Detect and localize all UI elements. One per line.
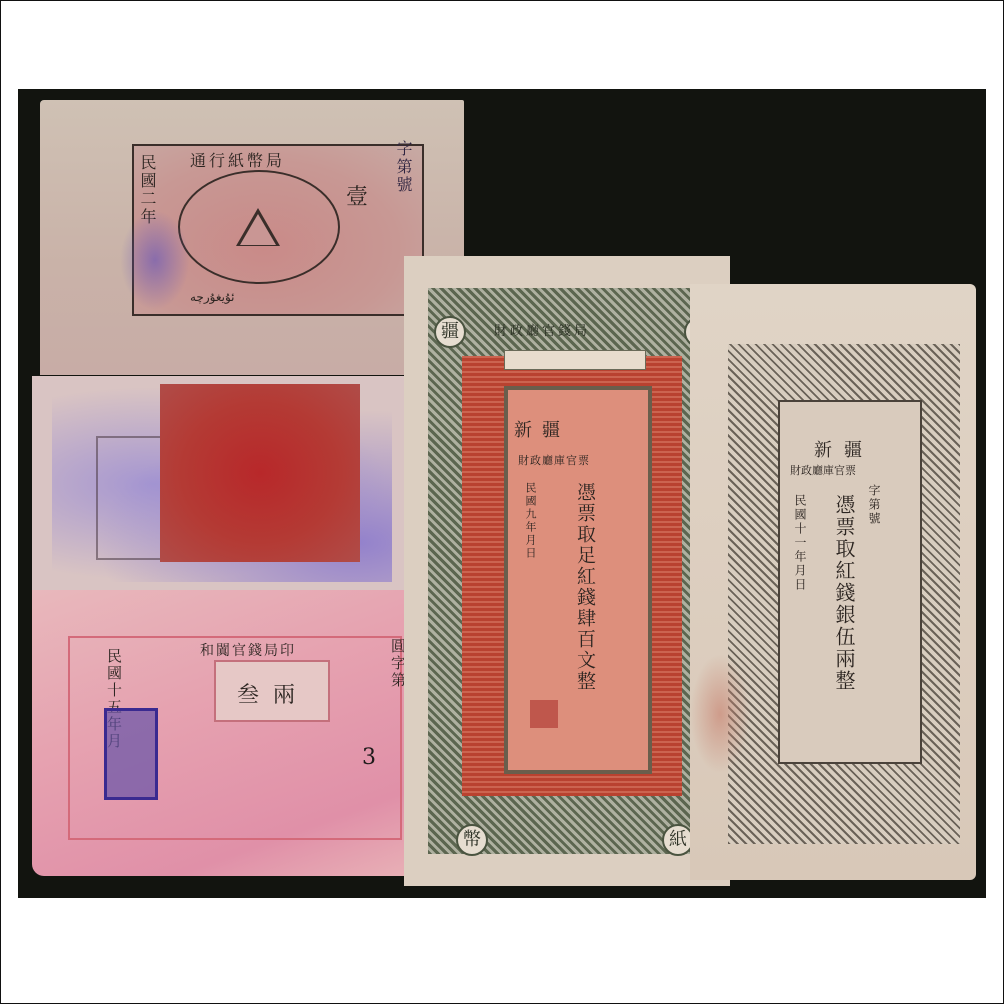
stain — [690, 654, 750, 774]
main-text: 憑票取紅錢銀伍兩整 — [830, 494, 859, 692]
serial-column: 字第號 — [392, 140, 415, 194]
top-text: 財政廳官錢局 — [494, 320, 590, 339]
date-column: 民國十一年月日 — [792, 494, 809, 592]
banknote-top-left: 通行紙幣局 壹 民國二年 字第號 ئۇيغۇرچە — [40, 100, 464, 375]
corner-char: 幣 — [456, 824, 488, 856]
note-header: 通行紙幣局 — [190, 148, 285, 171]
blue-seal-stamp — [104, 708, 158, 800]
script-line: ئۇيغۇرچە — [190, 290, 235, 304]
purple-stamp — [120, 210, 190, 310]
note-header: 和闐官錢局印 — [200, 640, 296, 660]
note-subtitle: 財政廳庫官票 — [790, 462, 856, 478]
note-title: 新疆 — [814, 436, 874, 462]
banknote-bottom-left: 和闐官錢局印 叁兩 民國十五年月 圓字第 3 — [32, 590, 408, 876]
main-text: 憑票取足紅錢肆百文整 — [572, 482, 599, 692]
red-seal — [530, 700, 558, 728]
note-subtitle: 財政廳庫官票 — [518, 452, 590, 468]
red-overprint — [160, 384, 360, 562]
script-banner — [504, 350, 646, 370]
corner-char: 疆 — [434, 316, 466, 348]
note-title: 新疆 — [514, 416, 570, 442]
banknote-right: 新疆 財政廳庫官票 民國十一年月日 憑票取紅錢銀伍兩整 字第號 — [690, 284, 976, 880]
denomination: 壹 — [346, 180, 368, 211]
serial-digit: 3 — [362, 745, 376, 770]
date-column: 民國九年月日 — [522, 482, 538, 560]
denomination: 叁兩 — [237, 678, 309, 709]
serial-column: 字第號 — [866, 484, 883, 526]
banknote-middle-left — [32, 376, 408, 592]
banknote-center: 疆 新 幣 紙 財政廳官錢局 新疆 財政廳庫官票 民國九年月日 憑票取足紅錢肆百… — [404, 256, 730, 886]
